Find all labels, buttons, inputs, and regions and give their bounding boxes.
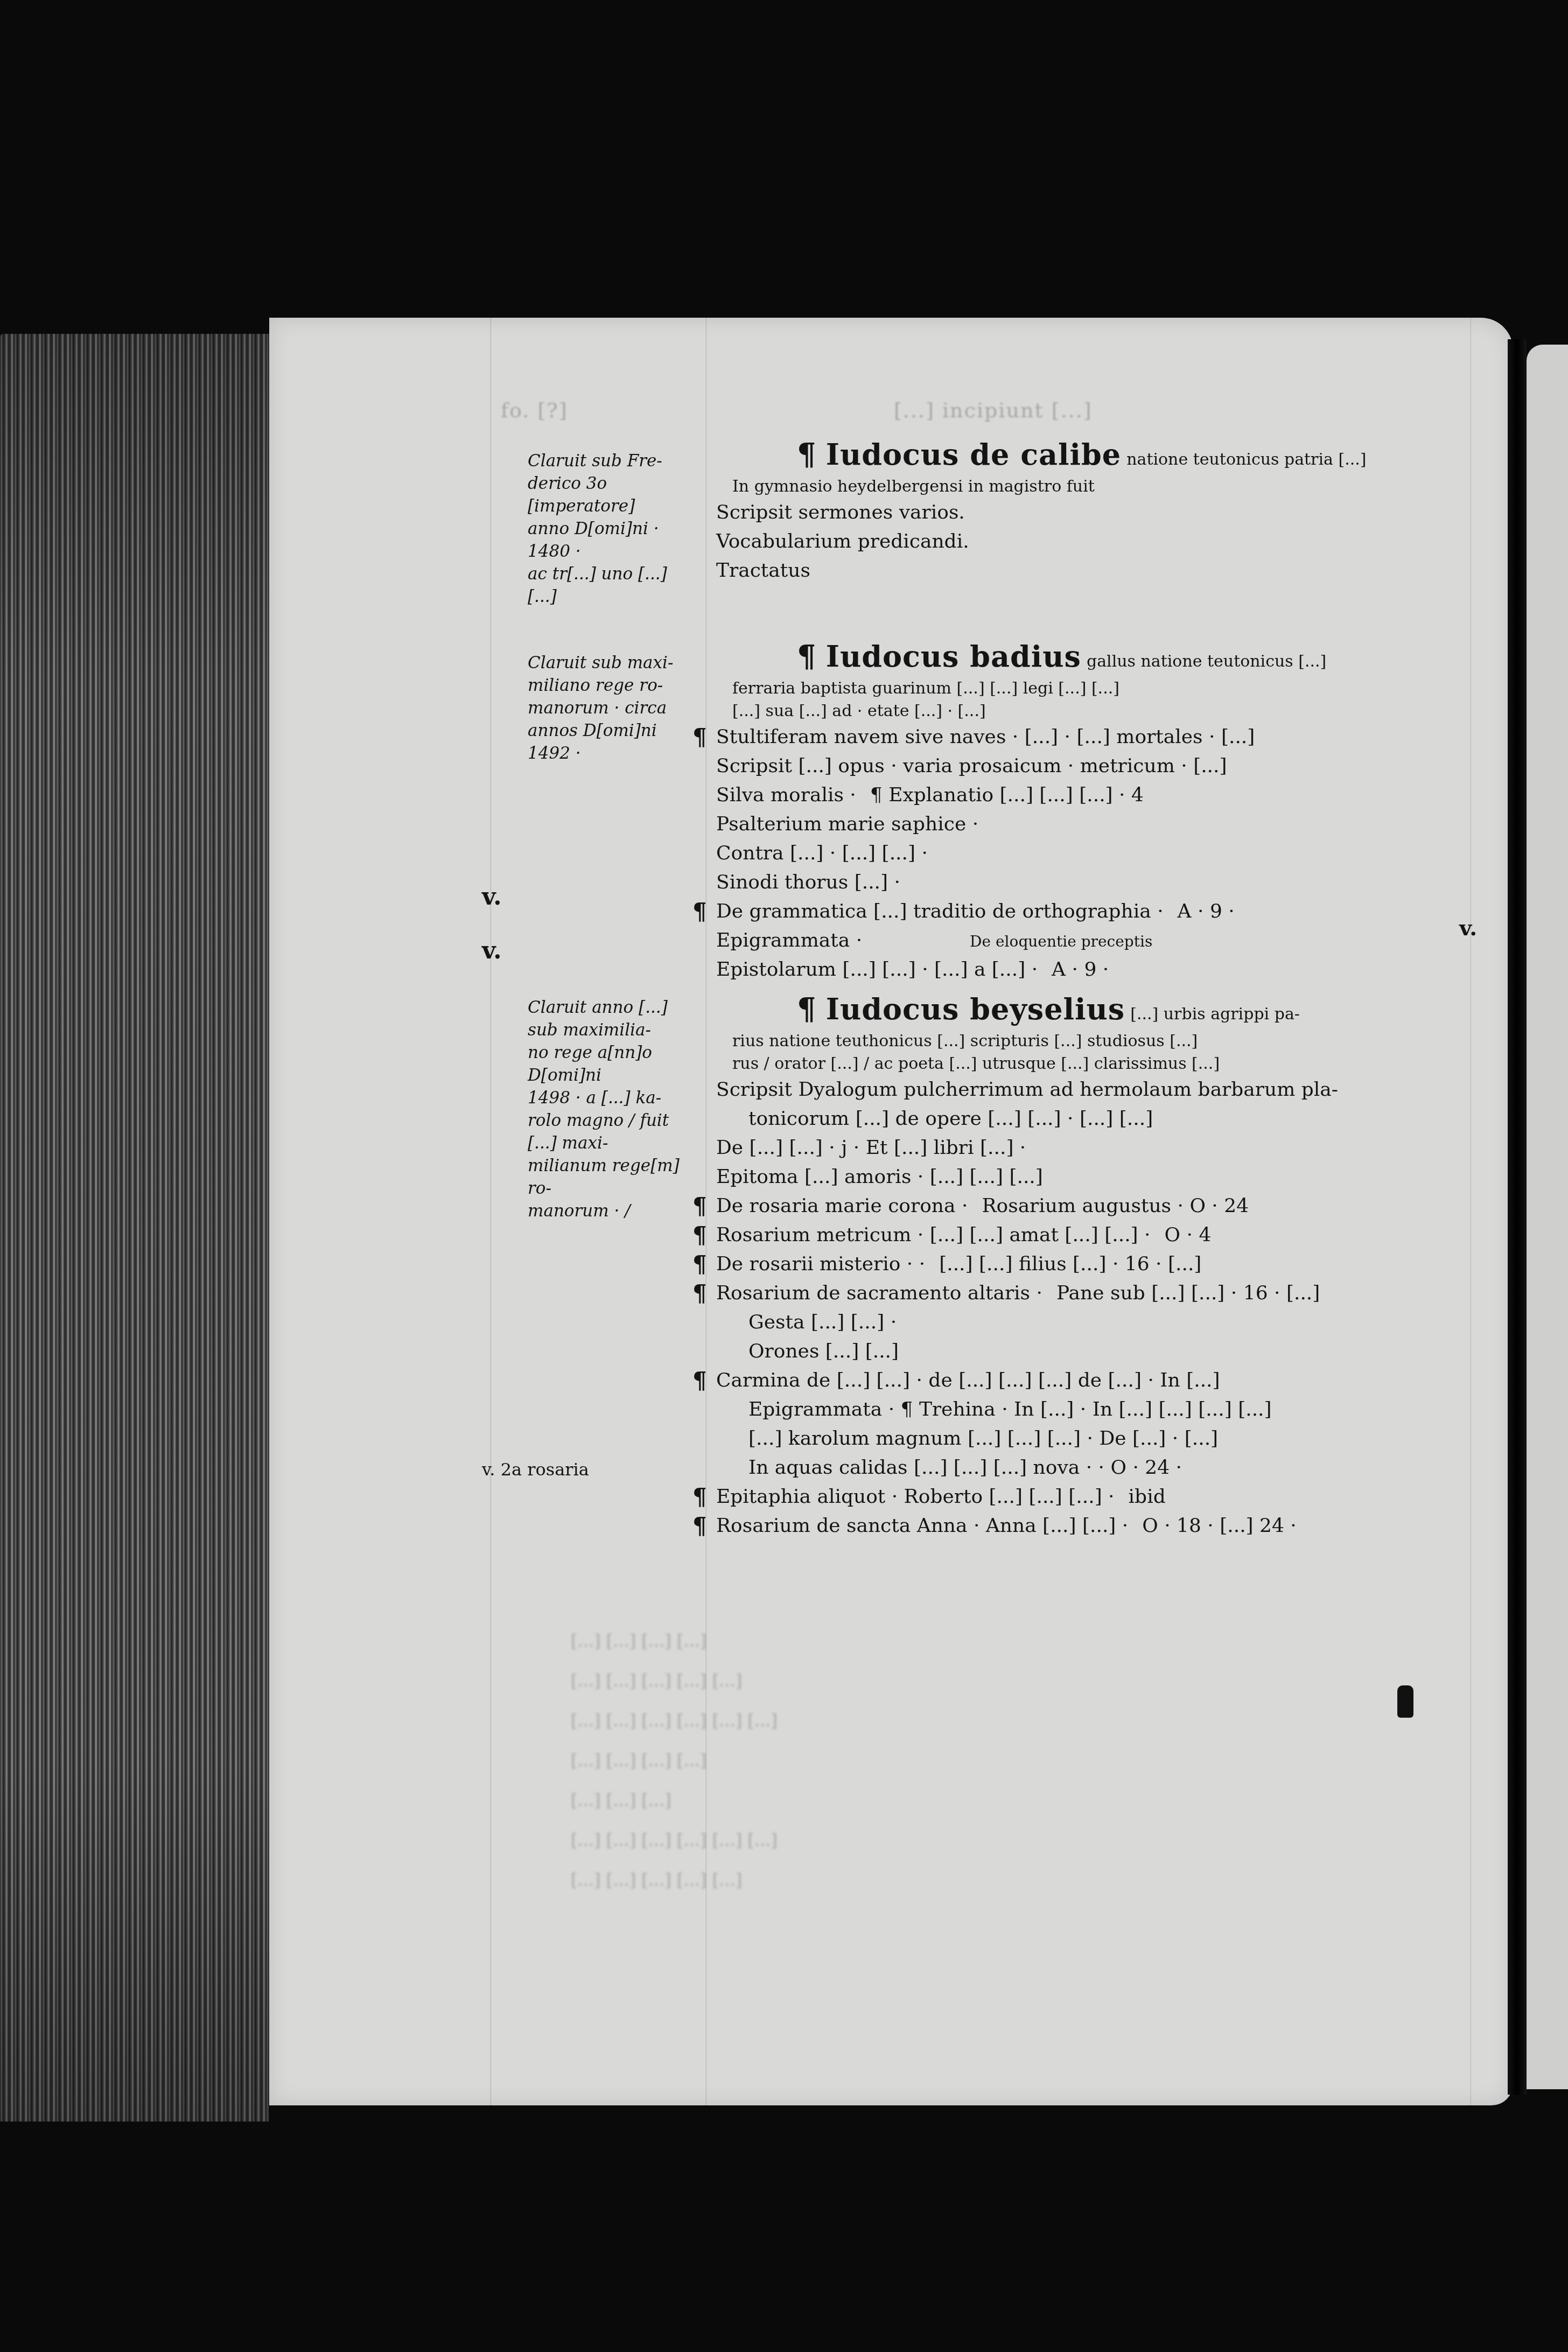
work-item: Epistolarum [...] [...] · [...] a [...] … xyxy=(716,955,1470,984)
author-description: rius natione teuthonicus [...] scripturi… xyxy=(716,1030,1470,1053)
work-item: ¶Epitaphia aliquot · Roberto [...] [...]… xyxy=(716,1482,1470,1511)
paragraph-mark-icon: ¶ xyxy=(692,723,707,752)
work-item: [...] karolum magnum [...] [...] [...] ·… xyxy=(716,1424,1470,1453)
work-item: ¶Carmina de [...] [...] · de [...] [...]… xyxy=(716,1366,1470,1395)
work-item: Silva moralis ·¶ Explanatio [...] [...] … xyxy=(716,781,1470,810)
author-name: Iudocus badius xyxy=(826,639,1081,674)
running-head-title: [...] incipiunt [...] xyxy=(894,398,1093,422)
paragraph-mark-icon: ¶ xyxy=(692,1366,707,1395)
work-item: ¶Rosarium metricum · [...] [...] amat [.… xyxy=(716,1221,1470,1250)
facing-page-edge xyxy=(1527,345,1568,2089)
author-name: Iudocus de calibe xyxy=(826,437,1122,472)
work-item: ¶Rosarium de sacramento altaris ·Pane su… xyxy=(716,1279,1470,1308)
margin-v-mark-rosaria: v. 2a rosaria xyxy=(482,1459,589,1480)
paragraph-mark-icon: ¶ xyxy=(692,1250,707,1279)
pilcrow-icon: ¶ xyxy=(797,639,816,674)
author-description: rus / orator [...] / ac poeta [...] utru… xyxy=(716,1053,1470,1075)
pilcrow-icon: ¶ xyxy=(797,437,816,472)
paragraph-mark-icon: ¶ xyxy=(692,1482,707,1511)
margin-note-2: Claruit sub maxi- miliano rege ro- manor… xyxy=(528,652,689,765)
work-item: Gesta [...] [...] · xyxy=(716,1308,1470,1337)
author-description: ferraria baptista guarinum [...] [...] l… xyxy=(716,677,1470,700)
entry-heading: ¶Iudocus de calibenatione teutonicus pat… xyxy=(716,439,1470,475)
work-item: Epigrammata ·De eloquentie preceptis xyxy=(716,926,1470,955)
margin-v-mark: v. xyxy=(482,883,501,911)
ink-blot xyxy=(1397,1685,1413,1718)
paragraph-mark-icon: ¶ xyxy=(692,1279,707,1308)
work-item: Scripsit [...] opus · varia prosaicum · … xyxy=(716,752,1470,781)
author-name: Iudocus beyselius xyxy=(826,992,1125,1026)
margin-v-mark: v. xyxy=(482,937,501,964)
work-item: Sinodi thorus [...] · xyxy=(716,868,1470,897)
paragraph-mark-icon: ¶ xyxy=(692,1221,707,1250)
entry-heading: ¶Iudocus badiusgallus natione teutonicus… xyxy=(716,641,1470,677)
work-item: Orones [...] [...] xyxy=(716,1337,1470,1366)
catalogue-entry: ¶Iudocus badiusgallus natione teutonicus… xyxy=(716,641,1470,984)
catalogue-entry: ¶Iudocus beyselius[...] urbis agrippi pa… xyxy=(716,993,1470,1541)
bleed-through-text: [...] [...] [...] [...] [...] [...] [...… xyxy=(571,1621,1432,1900)
work-item: ¶De grammatica [...] traditio de orthogr… xyxy=(716,897,1470,926)
work-item: Contra [...] · [...] [...] · xyxy=(716,839,1470,868)
work-item: Scripsit sermones varios. xyxy=(716,498,1470,527)
book-gutter xyxy=(1508,339,1527,2095)
work-item: In aquas calidas [...] [...] [...] nova … xyxy=(716,1453,1470,1482)
work-item: De [...] [...] · j · Et [...] libri [...… xyxy=(716,1133,1470,1163)
book-page-edges xyxy=(0,334,269,2122)
work-item: ¶De rosaria marie corona ·Rosarium augus… xyxy=(716,1192,1470,1221)
folio-number: fo. [?] xyxy=(501,398,568,422)
work-item: Tractatus xyxy=(716,556,1470,585)
work-item: tonicorum [...] de opere [...] [...] · [… xyxy=(716,1104,1470,1133)
author-description: In gymnasio heydelbergensi in magistro f… xyxy=(716,475,1470,498)
paragraph-mark-icon: ¶ xyxy=(692,1511,707,1541)
work-item: Vocabularium predicandi. xyxy=(716,527,1470,556)
work-item: Psalterium marie saphice · xyxy=(716,810,1470,839)
author-description: [...] sua [...] ad · etate [...] · [...] xyxy=(716,700,1470,723)
pilcrow-icon: ¶ xyxy=(797,991,816,1027)
catalogue-entry: ¶Iudocus de calibenatione teutonicus pat… xyxy=(716,439,1470,585)
margin-note-3: Claruit anno [...] sub maximilia- no reg… xyxy=(528,996,689,1222)
margin-note-1: Claruit sub Fre- derico 3o [imperatore] … xyxy=(528,450,689,608)
paragraph-mark-icon: ¶ xyxy=(692,1192,707,1221)
work-item: ¶De rosarii misterio · ·[...] [...] fili… xyxy=(716,1250,1470,1279)
entry-heading: ¶Iudocus beyselius[...] urbis agrippi pa… xyxy=(716,993,1470,1030)
manuscript-page: fo. [?] [...] incipiunt [...] Claruit su… xyxy=(269,318,1513,2105)
work-item: ¶Stultiferam navem sive naves · [...] · … xyxy=(716,723,1470,752)
work-item: ¶Rosarium de sancta Anna · Anna [...] [.… xyxy=(716,1511,1470,1541)
paragraph-mark-icon: ¶ xyxy=(692,897,707,926)
work-item: Epigrammata · ¶ Trehina · In [...] · In … xyxy=(716,1395,1470,1424)
work-item: Scripsit Dyalogum pulcherrimum ad hermol… xyxy=(716,1075,1470,1104)
work-item: Epitoma [...] amoris · [...] [...] [...] xyxy=(716,1163,1470,1192)
